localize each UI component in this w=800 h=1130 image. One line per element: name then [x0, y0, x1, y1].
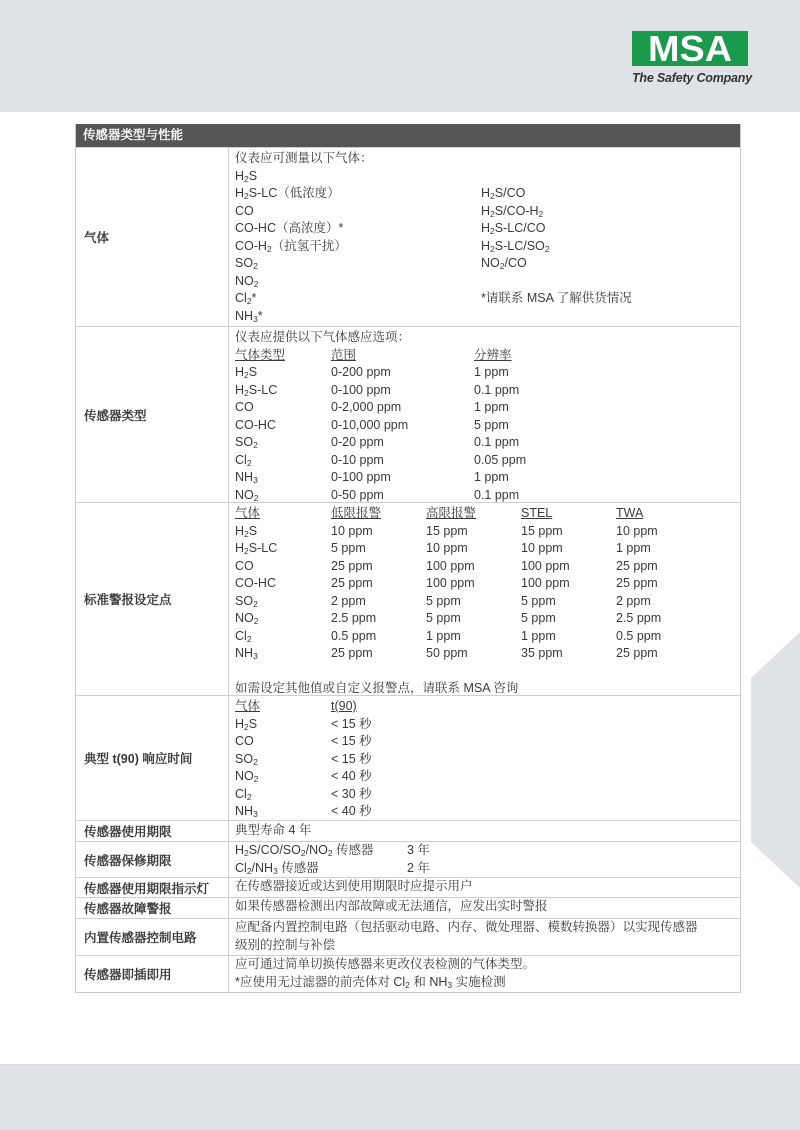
text: NO [481, 256, 500, 270]
row-value: 典型寿命 4 年 [229, 821, 740, 841]
text: CO-H [235, 239, 267, 253]
control-circuit-line-2: 级别的控制与补偿 [235, 937, 740, 955]
row-value: 仪表应提供以下气体感应选项： 气体类型 范围 分辨率 H2S0-200 ppm1… [229, 327, 740, 502]
text: CO-HC（高浓度）* [235, 221, 343, 235]
text: H [235, 717, 244, 731]
row-value: 应配备内置控制电路（包括驱动电路、内存、微处理器、模数转换器）以实现传感器 级别… [229, 919, 740, 955]
row-fault-alarm: 传感器故障警报 如果传感器检测出内部故障或无法通信，应发出实时警报 [76, 897, 740, 918]
gas-name: NO2 [235, 273, 258, 291]
text: H [235, 169, 244, 183]
gas-type: SO2 [235, 434, 258, 452]
subscript: 2 [254, 616, 259, 626]
text: S/CO/SO [249, 843, 301, 857]
gas: NH3 [235, 803, 258, 821]
text: H [235, 524, 244, 538]
sensor-type-row: H2S-LC0-100 ppm0.1 ppm [235, 382, 740, 400]
text: S-LC [249, 541, 277, 555]
text: Cl [235, 861, 247, 875]
low-alarm: 2 ppm [331, 593, 366, 611]
alarm-row: NO22.5 ppm5 ppm5 ppm2.5 ppm [235, 610, 740, 628]
text: /NO [306, 843, 328, 857]
warranty-line: Cl2/NH3 传感器2 年 [235, 860, 740, 878]
col-header-resolution: 分辨率 [474, 347, 512, 365]
col-header-range: 范围 [331, 347, 356, 365]
row-alarm-setpoints: 标准警报设定点 气体 低限报警 高限报警 STEL TWA H2S10 ppm1… [76, 502, 740, 695]
resolution: 0.05 ppm [474, 452, 526, 470]
range: 0-50 ppm [331, 487, 384, 505]
sensor-type-row: CO-HC0-10,000 ppm5 ppm [235, 417, 740, 435]
text: S-LC/CO [495, 221, 546, 235]
row-sensor-types: 传感器类型 仪表应提供以下气体感应选项： 气体类型 范围 分辨率 H2S0-20… [76, 326, 740, 502]
resolution: 1 ppm [474, 364, 509, 382]
row-label: 标准警报设定点 [76, 503, 229, 695]
high-alarm: 5 ppm [426, 593, 461, 611]
resolution: 0.1 ppm [474, 382, 519, 400]
t90-value: < 15 秒 [331, 716, 372, 734]
fault-alarm-value: 如果传感器检测出内部故障或无法通信，应发出实时警报 [235, 898, 740, 916]
col-header-gas: 气体类型 [235, 347, 285, 365]
gas-list-item: COH2S/CO-H2 [235, 203, 740, 221]
gas-type: NO2 [235, 487, 258, 505]
subscript: 2 [253, 757, 258, 767]
row-warranty: 传感器保修期限 H2S/CO/SO2/NO2 传感器3 年Cl2/NH3 传感器… [76, 841, 740, 877]
range: 0-20 ppm [331, 434, 384, 452]
alarm-header: 气体 低限报警 高限报警 STEL TWA [235, 505, 740, 523]
gas-name: H2S-LC（低浓度） [235, 185, 340, 203]
row-label: 传感器故障警报 [76, 898, 229, 918]
text: S [249, 365, 257, 379]
row-value: 仪表应可测量以下气体： H2SH2S-LC（低浓度）H2S/COCOH2S/CO… [229, 148, 740, 326]
text: NO [235, 769, 254, 783]
text: * [258, 309, 263, 323]
range: 0-100 ppm [331, 469, 391, 487]
low-alarm: 0.5 ppm [331, 628, 376, 646]
text: SO [235, 435, 253, 449]
text: * [252, 291, 257, 305]
row-label: 内置传感器控制电路 [76, 919, 229, 955]
t90-value: < 40 秒 [331, 768, 372, 786]
text: /NH [252, 861, 274, 875]
twa: 25 ppm [616, 575, 658, 593]
text: Cl [235, 453, 247, 467]
gas-type: H2S [235, 364, 257, 382]
logo-tagline: The Safety Company [628, 71, 752, 85]
stel: 10 ppm [521, 540, 563, 558]
twa: 2.5 ppm [616, 610, 661, 628]
gas-list-item: H2S [235, 168, 740, 186]
sensor-types-intro: 仪表应提供以下气体感应选项： [235, 329, 740, 347]
msa-logo: MSA [632, 31, 748, 66]
text: （抗氢干扰） [272, 239, 347, 253]
alarm-note: 如需设定其他值或自定义报警点，请联系 MSA 咨询 [235, 680, 740, 698]
sensor-type-row: H2S0-200 ppm1 ppm [235, 364, 740, 382]
text: Cl [235, 629, 247, 643]
text: S [249, 524, 257, 538]
control-circuit-line-1: 应配备内置控制电路（包括驱动电路、内存、微处理器、模数转换器）以实现传感器 [235, 919, 740, 937]
warranty-lines: H2S/CO/SO2/NO2 传感器3 年Cl2/NH3 传感器2 年 [235, 842, 740, 877]
low-alarm: 5 ppm [331, 540, 366, 558]
row-label: 气体 [76, 148, 229, 326]
text: 传感器 [333, 843, 374, 857]
range: 0-100 ppm [331, 382, 391, 400]
row-value: H2S/CO/SO2/NO2 传感器3 年Cl2/NH3 传感器2 年 [229, 842, 740, 877]
subscript: 2 [247, 792, 252, 802]
gas-name: CO [235, 203, 254, 221]
row-eol-indicator: 传感器使用期限指示灯 在传感器接近或达到使用期限时应提示用户 [76, 877, 740, 897]
row-plug-and-play: 传感器即插即用 应可通过简单切换传感器来更改仪表检测的气体类型。 *应使用无过滤… [76, 955, 740, 992]
col-header-stel: STEL [521, 505, 552, 523]
text: /CO [504, 256, 526, 270]
availability-note: *请联系 MSA 了解供货情况 [481, 290, 632, 308]
gas-combo: H2S/CO [481, 185, 525, 203]
service-life-value: 典型寿命 4 年 [235, 822, 740, 840]
row-service-life: 传感器使用期限 典型寿命 4 年 [76, 820, 740, 841]
row-label: 传感器即插即用 [76, 956, 229, 992]
row-label: 传感器使用期限 [76, 821, 229, 841]
alarm-row: CO25 ppm100 ppm100 ppm25 ppm [235, 558, 740, 576]
low-alarm: 25 ppm [331, 645, 373, 663]
text: H [235, 843, 244, 857]
text: S [249, 717, 257, 731]
row-label: 传感器使用期限指示灯 [76, 878, 229, 897]
text: NH [235, 470, 253, 484]
t90-row: NH3< 40 秒 [235, 803, 740, 821]
high-alarm: 100 ppm [426, 575, 475, 593]
side-tab-shape [751, 632, 800, 888]
gas: CO [235, 558, 254, 576]
t90-rows: H2S< 15 秒CO< 15 秒SO2< 15 秒NO2< 40 秒Cl2< … [235, 716, 740, 821]
text: H [235, 186, 244, 200]
gas-combo: NO2/CO [481, 255, 527, 273]
row-gases: 气体 仪表应可测量以下气体： H2SH2S-LC（低浓度）H2S/COCOH2S… [76, 147, 740, 326]
resolution: 1 ppm [474, 469, 509, 487]
sensor-type-row: CO0-2,000 ppm1 ppm [235, 399, 740, 417]
gas-list-item: CO-HC（高浓度）*H2S-LC/CO [235, 220, 740, 238]
alarm-rows: H2S10 ppm15 ppm15 ppm10 ppmH2S-LC5 ppm10… [235, 523, 740, 663]
row-label: 传感器保修期限 [76, 842, 229, 877]
subscript: 2 [253, 440, 258, 450]
text: NO [235, 274, 254, 288]
gas-list-item: NO2 [235, 273, 740, 291]
gas-type: Cl2 [235, 452, 252, 470]
t90-header: 气体 t(90) [235, 698, 740, 716]
gas-list-item: NH3* [235, 308, 740, 326]
sensor-type-row: NO20-50 ppm0.1 ppm [235, 487, 740, 505]
t90-value: < 15 秒 [331, 733, 372, 751]
resolution: 0.1 ppm [474, 434, 519, 452]
alarm-row: CO-HC25 ppm100 ppm100 ppm25 ppm [235, 575, 740, 593]
gases-list: H2SH2S-LC（低浓度）H2S/COCOH2S/CO-H2CO-HC（高浓度… [235, 168, 740, 326]
text: NH [235, 309, 253, 323]
row-value: 气体 t(90) H2S< 15 秒CO< 15 秒SO2< 15 秒NO2< … [229, 696, 740, 820]
sensor-type-row: Cl20-10 ppm0.05 ppm [235, 452, 740, 470]
subscript: 2 [247, 634, 252, 644]
text: H [235, 541, 244, 555]
gas-name: H2S [235, 168, 257, 186]
alarm-row: Cl20.5 ppm1 ppm1 ppm0.5 ppm [235, 628, 740, 646]
gas: CO [235, 733, 254, 751]
sensor-type-rows: H2S0-200 ppm1 ppmH2S-LC0-100 ppm0.1 ppmC… [235, 364, 740, 504]
sensor-group: H2S/CO/SO2/NO2 传感器 [235, 842, 374, 860]
subscript: 3 [253, 651, 258, 661]
gas-type: NH3 [235, 469, 258, 487]
text: H [481, 221, 490, 235]
text: SO [235, 594, 253, 608]
gas-list-item: SO2NO2/CO [235, 255, 740, 273]
row-label: 传感器类型 [76, 327, 229, 502]
range: 0-2,000 ppm [331, 399, 401, 417]
text: S-LC（低浓度） [249, 186, 340, 200]
text: H [235, 383, 244, 397]
gas-combo: H2S-LC/SO2 [481, 238, 550, 256]
eol-indicator-value: 在传感器接近或达到使用期限时应提示用户 [235, 878, 740, 896]
subscript: 2 [254, 279, 259, 289]
plug-and-play-line-2: *应使用无过滤器的前壳体对 Cl2 和 NH3 实施检测 [235, 974, 740, 992]
twa: 10 ppm [616, 523, 658, 541]
resolution: 1 ppm [474, 399, 509, 417]
t90-row: Cl2< 30 秒 [235, 786, 740, 804]
subscript: 2 [254, 493, 259, 503]
stel: 1 ppm [521, 628, 556, 646]
row-value: 气体 低限报警 高限报警 STEL TWA H2S10 ppm15 ppm15 … [229, 503, 740, 695]
text: H [235, 365, 244, 379]
t90-row: H2S< 15 秒 [235, 716, 740, 734]
gas: Cl2 [235, 786, 252, 804]
gas: H2S [235, 716, 257, 734]
sensor-types-header: 气体类型 范围 分辨率 [235, 347, 740, 365]
high-alarm: 5 ppm [426, 610, 461, 628]
warranty-years: 2 年 [407, 860, 430, 878]
subscript: 3 [253, 475, 258, 485]
gas: SO2 [235, 751, 258, 769]
text: S [249, 169, 257, 183]
text: 实施检测 [452, 975, 505, 989]
row-value: 应可通过简单切换传感器来更改仪表检测的气体类型。 *应使用无过滤器的前壳体对 C… [229, 956, 740, 992]
low-alarm: 25 ppm [331, 558, 373, 576]
gas-combo: H2S-LC/CO [481, 220, 545, 238]
stel: 100 ppm [521, 558, 570, 576]
text: H [481, 239, 490, 253]
sensor-type-row: NH30-100 ppm1 ppm [235, 469, 740, 487]
col-header-twa: TWA [616, 505, 643, 523]
footer-band [0, 1064, 800, 1130]
row-control-circuit: 内置传感器控制电路 应配备内置控制电路（包括驱动电路、内存、微处理器、模数转换器… [76, 918, 740, 955]
text: CO [235, 400, 254, 414]
resolution: 5 ppm [474, 417, 509, 435]
text: NO [235, 611, 254, 625]
gas: SO2 [235, 593, 258, 611]
high-alarm: 10 ppm [426, 540, 468, 558]
row-value: 如果传感器检测出内部故障或无法通信，应发出实时警报 [229, 898, 740, 918]
gas-combo: H2S/CO-H2 [481, 203, 543, 221]
subscript: 2 [247, 458, 252, 468]
text: CO [235, 734, 254, 748]
twa: 25 ppm [616, 558, 658, 576]
twa: 2 ppm [616, 593, 651, 611]
text: S-LC [249, 383, 277, 397]
text: *应使用无过滤器的前壳体对 Cl [235, 975, 405, 989]
t90-row: SO2< 15 秒 [235, 751, 740, 769]
text: NO [235, 488, 254, 502]
subscript: 2 [253, 599, 258, 609]
gas-name: CO-H2（抗氢干扰） [235, 238, 347, 256]
alarm-row: H2S10 ppm15 ppm15 ppm10 ppm [235, 523, 740, 541]
alarm-row: SO22 ppm5 ppm5 ppm2 ppm [235, 593, 740, 611]
text: H [481, 204, 490, 218]
text: CO [235, 559, 254, 573]
sensor-type-row: SO20-20 ppm0.1 ppm [235, 434, 740, 452]
low-alarm: 10 ppm [331, 523, 373, 541]
text: H [481, 186, 490, 200]
row-label: 典型 t(90) 响应时间 [76, 696, 229, 820]
plug-and-play-line-1: 应可通过简单切换传感器来更改仪表检测的气体类型。 [235, 956, 740, 974]
t90-value: < 30 秒 [331, 786, 372, 804]
gas-type: CO-HC [235, 417, 276, 435]
gas: NO2 [235, 768, 258, 786]
gas: NO2 [235, 610, 258, 628]
range: 0-200 ppm [331, 364, 391, 382]
stel: 5 ppm [521, 610, 556, 628]
range: 0-10 ppm [331, 452, 384, 470]
t90-row: CO< 15 秒 [235, 733, 740, 751]
high-alarm: 100 ppm [426, 558, 475, 576]
sensor-group: Cl2/NH3 传感器 [235, 860, 319, 878]
twa: 0.5 ppm [616, 628, 661, 646]
gas: Cl2 [235, 628, 252, 646]
logo-text: MSA [629, 31, 751, 66]
col-header-gas: 气体 [235, 505, 260, 523]
alarm-row: NH325 ppm50 ppm35 ppm25 ppm [235, 645, 740, 663]
gas-name: SO2 [235, 255, 258, 273]
text: CO [235, 204, 254, 218]
row-value: 在传感器接近或达到使用期限时应提示用户 [229, 878, 740, 897]
gas-type: H2S-LC [235, 382, 277, 400]
low-alarm: 2.5 ppm [331, 610, 376, 628]
col-header-high: 高限报警 [426, 505, 476, 523]
gas-type: CO [235, 399, 254, 417]
warranty-line: H2S/CO/SO2/NO2 传感器3 年 [235, 842, 740, 860]
spacer [235, 663, 740, 681]
gas: NH3 [235, 645, 258, 663]
text: S/CO [495, 186, 526, 200]
gas-list-item: Cl2**请联系 MSA 了解供货情况 [235, 290, 740, 308]
gas: H2S [235, 523, 257, 541]
stel: 100 ppm [521, 575, 570, 593]
gas-name: CO-HC（高浓度）* [235, 220, 343, 238]
text: 传感器 [278, 861, 319, 875]
text: Cl [235, 291, 247, 305]
gas: CO-HC [235, 575, 276, 593]
text: CO-HC [235, 418, 276, 432]
gas-name: Cl2* [235, 290, 256, 308]
stel: 5 ppm [521, 593, 556, 611]
gas-list-item: CO-H2（抗氢干扰）H2S-LC/SO2 [235, 238, 740, 256]
gases-intro: 仪表应可测量以下气体： [235, 150, 740, 168]
text: SO [235, 752, 253, 766]
col-header-low: 低限报警 [331, 505, 381, 523]
text: NH [235, 646, 253, 660]
range: 0-10,000 ppm [331, 417, 408, 435]
resolution: 0.1 ppm [474, 487, 519, 505]
stel: 35 ppm [521, 645, 563, 663]
t90-value: < 40 秒 [331, 803, 372, 821]
high-alarm: 15 ppm [426, 523, 468, 541]
text: CO-HC [235, 576, 276, 590]
high-alarm: 50 ppm [426, 645, 468, 663]
t90-value: < 15 秒 [331, 751, 372, 769]
subscript: 3 [253, 809, 258, 819]
subscript: 2 [253, 261, 258, 271]
subscript: 2 [545, 244, 550, 254]
warranty-years: 3 年 [407, 842, 430, 860]
table-title: 传感器类型与性能 [76, 124, 740, 147]
stel: 15 ppm [521, 523, 563, 541]
text: S/CO-H [495, 204, 539, 218]
col-header-t90: t(90) [331, 698, 357, 716]
high-alarm: 1 ppm [426, 628, 461, 646]
row-response-time: 典型 t(90) 响应时间 气体 t(90) H2S< 15 秒CO< 15 秒… [76, 695, 740, 820]
text: Cl [235, 787, 247, 801]
text: NH [235, 804, 253, 818]
twa: 1 ppm [616, 540, 651, 558]
low-alarm: 25 ppm [331, 575, 373, 593]
t90-row: NO2< 40 秒 [235, 768, 740, 786]
gas: H2S-LC [235, 540, 277, 558]
subscript: 2 [539, 209, 544, 219]
text: S-LC/SO [495, 239, 545, 253]
spec-table: 传感器类型与性能 气体 仪表应可测量以下气体： H2SH2S-LC（低浓度）H2… [75, 124, 741, 993]
text: SO [235, 256, 253, 270]
subscript: 2 [254, 774, 259, 784]
gas-list-item: H2S-LC（低浓度）H2S/CO [235, 185, 740, 203]
alarm-row: H2S-LC5 ppm10 ppm10 ppm1 ppm [235, 540, 740, 558]
twa: 25 ppm [616, 645, 658, 663]
col-header-gas: 气体 [235, 698, 260, 716]
gas-name: NH3* [235, 308, 263, 326]
text: 和 NH [410, 975, 448, 989]
